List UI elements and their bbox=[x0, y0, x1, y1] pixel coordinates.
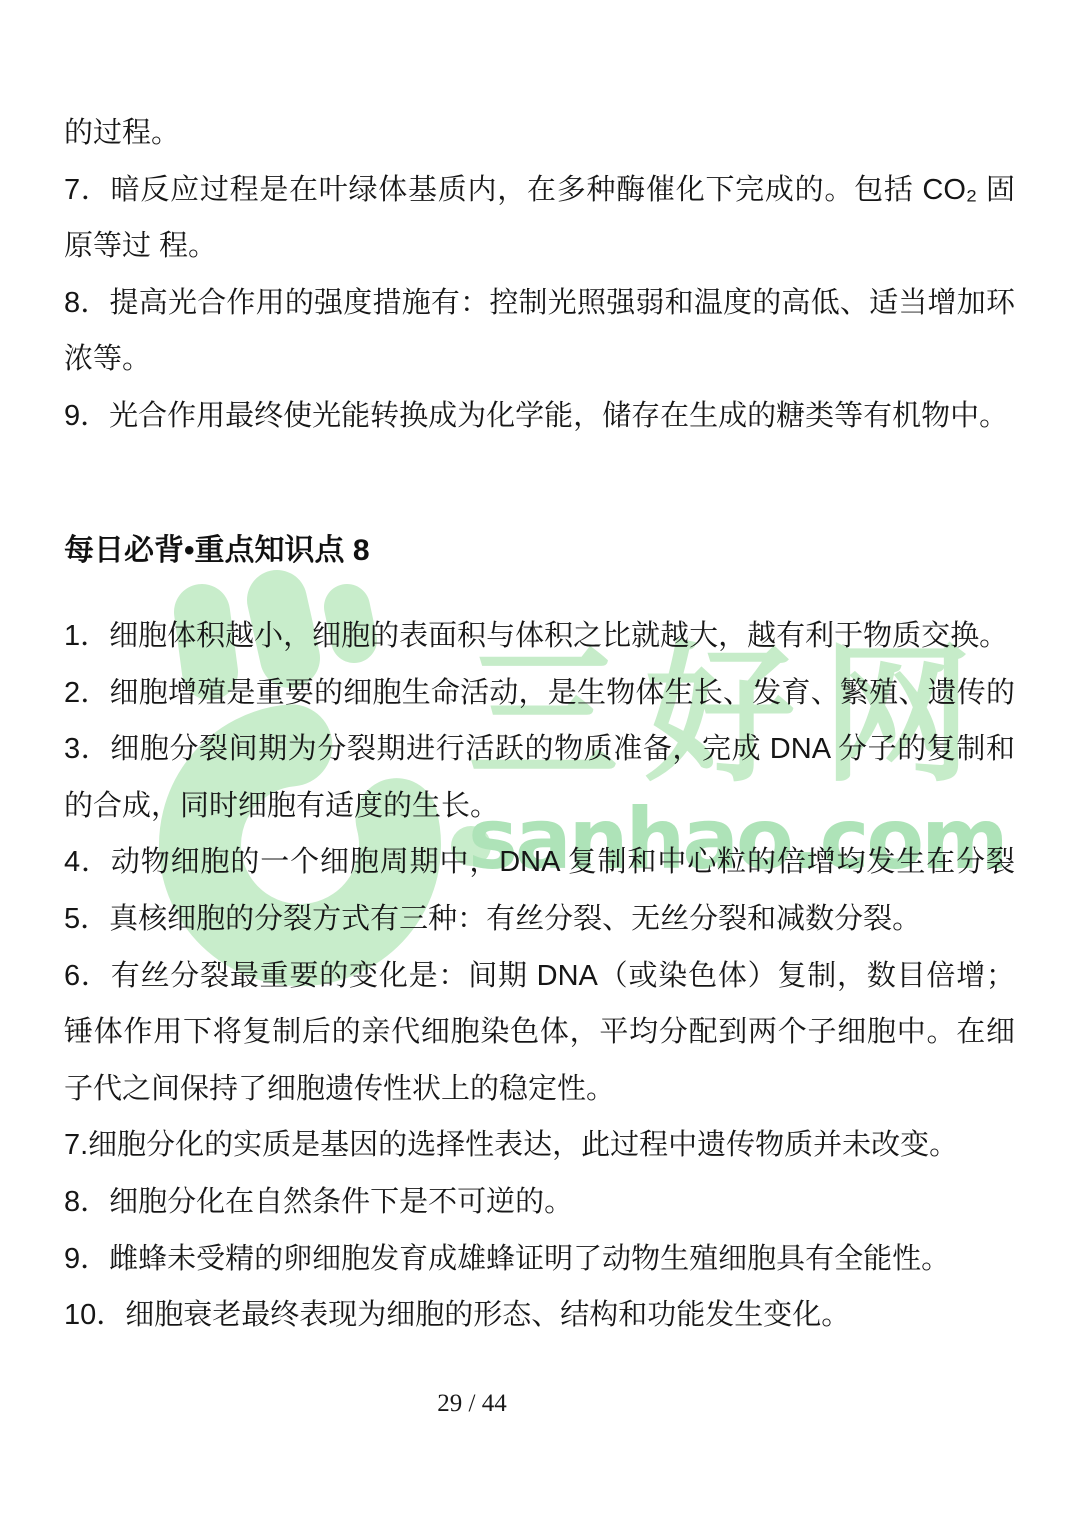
text-line: 8．细胞分化在自然条件下是不可逆的。 bbox=[64, 1174, 1015, 1231]
text-line: 7．暗反应过程是在叶绿体基质内，在多种酶催化下完成的。包括 CO₂ 固定和 C3… bbox=[64, 162, 1015, 219]
text-line: 的合成，同时细胞有适度的生长。 bbox=[64, 778, 1015, 835]
text-line: 9．雌蜂未受精的卵细胞发育成雄蜂证明了动物生殖细胞具有全能性。 bbox=[64, 1231, 1015, 1288]
text-layer: 的过程。7．暗反应过程是在叶绿体基质内，在多种酶催化下完成的。包括 CO₂ 固定… bbox=[0, 0, 1080, 1527]
text-line: 浓等。 bbox=[64, 331, 1015, 388]
paragraph-block-points: 1．细胞体积越小，细胞的表面积与体积之比就越大，越有利于物质交换。2．细胞增殖是… bbox=[64, 608, 1015, 1344]
text-line: 8．提高光合作用的强度措施有：控制光照强弱和温度的高低、适当增加环境中 CO₂ bbox=[64, 275, 1015, 332]
text-line: 4．动物细胞的一个细胞周期中，DNA 复制和中心粒的倍增均发生在分裂间期。 bbox=[64, 834, 1015, 891]
text-line: 的过程。 bbox=[64, 105, 1015, 162]
text-line: 5．真核细胞的分裂方式有三种：有丝分裂、无丝分裂和减数分裂。 bbox=[64, 891, 1015, 948]
text-line: 9．光合作用最终使光能转换成为化学能，储存在生成的糖类等有机物中。 bbox=[64, 388, 1015, 445]
text-line: 原等过 程。 bbox=[64, 218, 1015, 275]
text-line: 1．细胞体积越小，细胞的表面积与体积之比就越大，越有利于物质交换。 bbox=[64, 608, 1015, 665]
paragraph-block-top: 的过程。7．暗反应过程是在叶绿体基质内，在多种酶催化下完成的。包括 CO₂ 固定… bbox=[64, 105, 1015, 445]
text-line: 7.细胞分化的实质是基因的选择性表达，此过程中遗传物质并未改变。 bbox=[64, 1117, 1015, 1174]
text-line: 3．细胞分裂间期为分裂期进行活跃的物质准备，完成 DNA 分子的复制和有关蛋白质 bbox=[64, 721, 1015, 778]
page-number: 29 / 44 bbox=[64, 1388, 880, 1420]
text-line: 锤体作用下将复制后的亲代细胞染色体，平均分配到两个子细胞中。在细胞的亲代和 bbox=[64, 1004, 1015, 1061]
document-page: 三好网 sanhao.com 的过程。7．暗反应过程是在叶绿体基质内，在多种酶催… bbox=[0, 0, 1080, 1527]
text-line: 子代之间保持了细胞遗传性状上的稳定性。 bbox=[64, 1061, 1015, 1118]
section-heading: 每日必背•重点知识点 8 bbox=[64, 531, 370, 571]
text-line: 10．细胞衰老最终表现为细胞的形态、结构和功能发生变化。 bbox=[64, 1287, 1015, 1344]
text-line: 2．细胞增殖是重要的细胞生命活动，是生物体生长、发育、繁殖、遗传的基础。 bbox=[64, 665, 1015, 722]
text-line: 6．有丝分裂最重要的变化是：间期 DNA（或染色体）复制，数目倍增；分裂期在纺 bbox=[64, 948, 1015, 1005]
